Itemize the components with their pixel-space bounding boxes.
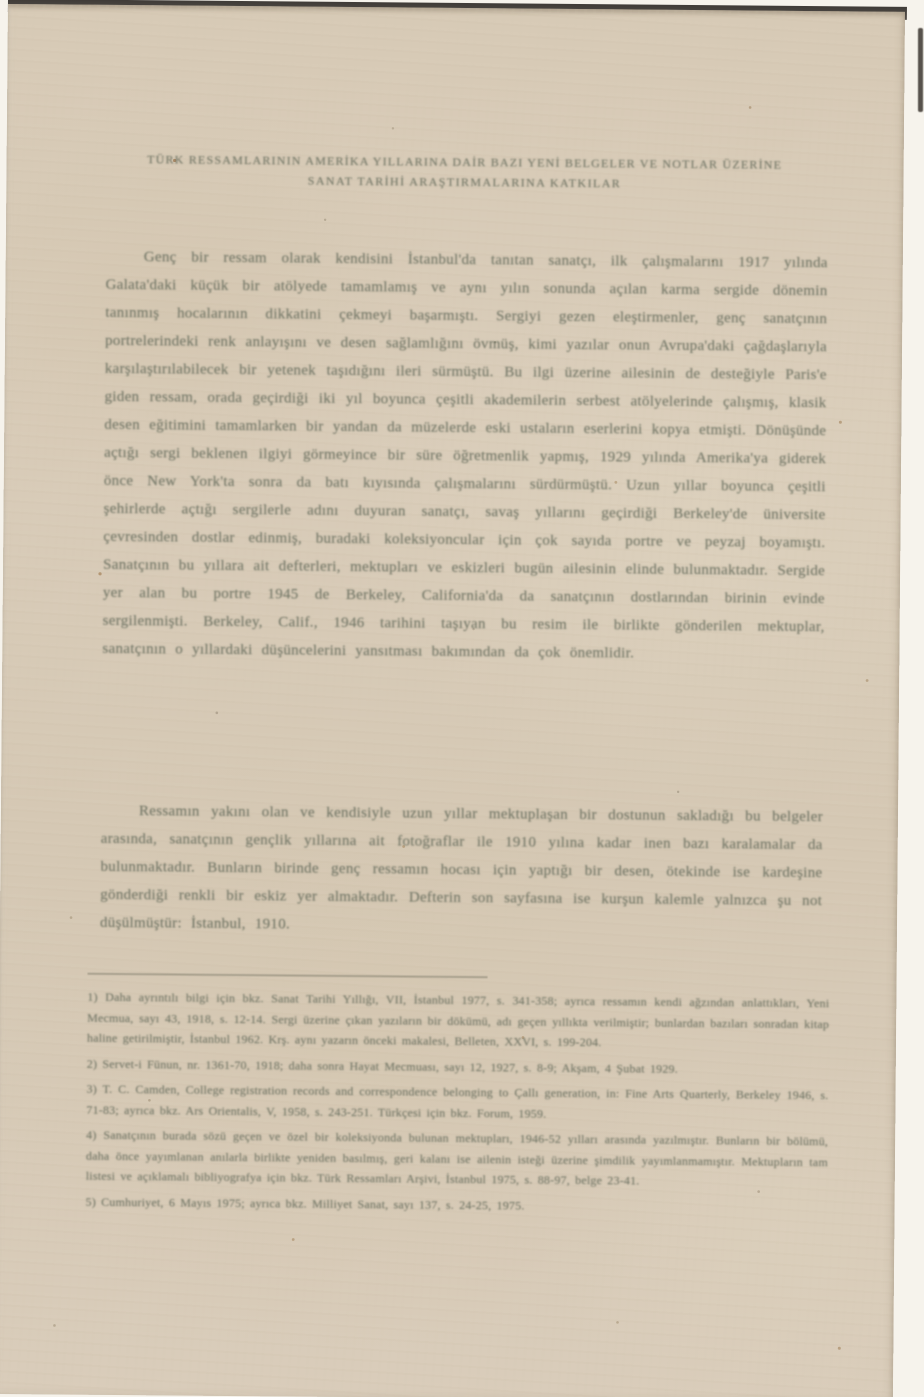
paper-sheet: TÜRK RESSAMLARININ AMERİKA YILLARINA DAİ… [0, 4, 905, 1397]
footnote-4: 4) Sanatçının burada sözü geçen ve özel … [86, 1125, 829, 1193]
footnote-5: 5) Cumhuriyet, 6 Mayıs 1975; ayrıca bkz.… [85, 1191, 827, 1218]
footnotes-section: 1) Daha ayrıntılı bilgi için bkz. Sanat … [85, 987, 829, 1223]
scanned-page: TÜRK RESSAMLARININ AMERİKA YILLARINA DAİ… [0, 0, 924, 1397]
right-edge-mark [918, 28, 923, 112]
footnote-1: 1) Daha ayrıntılı bilgi için bkz. Sanat … [87, 987, 830, 1055]
paper-speckles [8, 4, 10, 6]
footnote-2: 2) Servet-i Fünun, nr. 1361-70, 1918; da… [87, 1053, 829, 1080]
footnote-3: 3) T. C. Camden, College registration re… [86, 1079, 828, 1126]
footnote-separator [88, 973, 488, 978]
article-title: TÜRK RESSAMLARININ AMERİKA YILLARINA DAİ… [84, 149, 844, 196]
body-paragraph-1: Genç bir ressam olarak kendisini İstanbu… [101, 243, 828, 784]
body-paragraph-2: Ressamın yakını olan ve kendisiyle uzun … [100, 797, 823, 975]
